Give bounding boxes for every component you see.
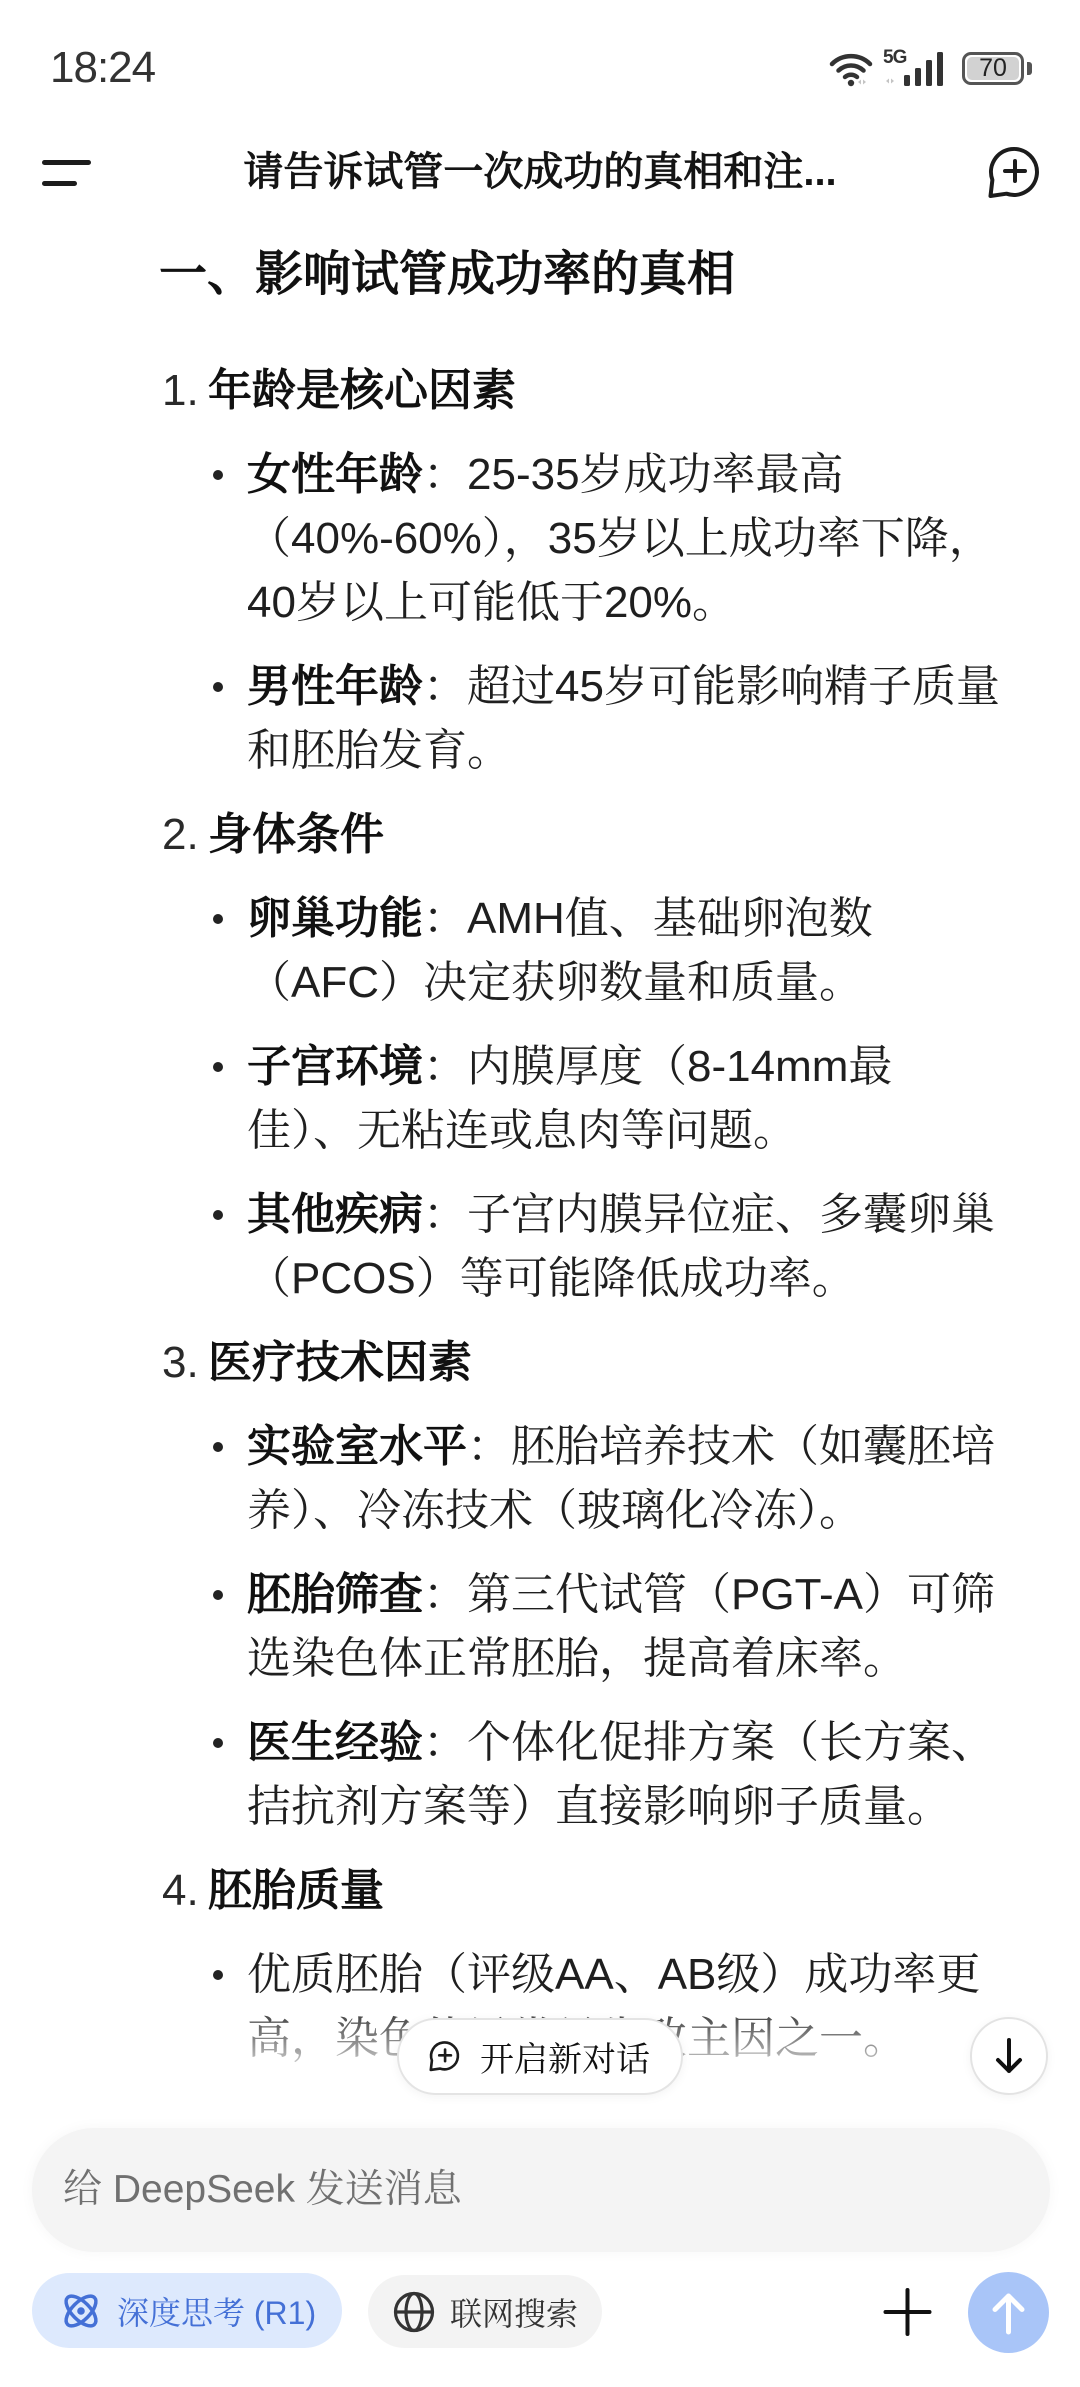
bullet-text: 和胚胎发育。 [247, 719, 1080, 783]
factor-heading: 4. 胚胎质量 [0, 1859, 1080, 1923]
bullet-line: 女性年龄：25-35岁成功率最高 [247, 443, 1080, 507]
label-separator: ： [423, 1570, 467, 1619]
factor-number: 1. [162, 359, 199, 423]
bullet-text: 25-35岁成功率最高 [467, 450, 844, 499]
factor-title: 身体条件 [208, 803, 384, 867]
factor-heading: 1. 年龄是核心因素 [0, 359, 1080, 423]
send-button[interactable] [968, 2272, 1049, 2353]
bullet-item: 女性年龄：25-35岁成功率最高 （40%-60%），35岁以上成功率下降， 4… [0, 443, 1080, 635]
factor-title: 年龄是核心因素 [208, 359, 516, 423]
new-chat-icon [984, 143, 1044, 203]
bullet-text: 佳）、无粘连或息肉等问题。 [247, 1099, 1080, 1163]
factor-title: 胚胎质量 [208, 1859, 384, 1923]
wifi-icon [828, 51, 874, 87]
bullet-text: 40岁以上可能低于20%。 [247, 571, 1080, 635]
web-search-toggle[interactable]: 联网搜索 [368, 2275, 602, 2348]
label-separator: ： [423, 450, 467, 499]
bullet-text: 选染色体正常胚胎，提高着床率。 [247, 1627, 1080, 1691]
arrow-down-icon [972, 2019, 1046, 2093]
factor-number: 3. [162, 1331, 199, 1395]
bullet-item: 子宫环境：内膜厚度（8-14mm最 佳）、无粘连或息肉等问题。 [0, 1035, 1080, 1163]
bullet-line: 实验室水平：胚胎培养技术（如囊胚培 [247, 1415, 1080, 1479]
bullet-text: 子宫内膜异位症、多囊卵巢 [467, 1190, 995, 1239]
bullet-text: AMH值、基础卵泡数 [467, 894, 873, 943]
bullet-item: 卵巢功能：AMH值、基础卵泡数 （AFC）决定获卵数量和质量。 [0, 887, 1080, 1015]
chat-plus-icon [427, 2039, 462, 2074]
bullet-dot-icon [213, 1062, 223, 1072]
deep-think-label: 深度思考 (R1) [117, 2288, 316, 2334]
bullet-line: 卵巢功能：AMH值、基础卵泡数 [247, 887, 1080, 951]
bullet-line: 其他疾病：子宫内膜异位症、多囊卵巢 [247, 1183, 1080, 1247]
assistant-message: 一、影响试管成功率的真相 1. 年龄是核心因素 女性年龄：25-35岁成功率最高… [0, 243, 1080, 2071]
factor-number: 4. [162, 1859, 199, 1923]
atom-icon [60, 2290, 102, 2332]
label-separator: ： [423, 662, 467, 711]
label-separator: ： [423, 1190, 467, 1239]
bullet-item: 医生经验：个体化促排方案（长方案、 拮抗剂方案等）直接影响卵子质量。 [0, 1711, 1080, 1839]
start-new-chat-label: 开启新对话 [480, 2032, 650, 2081]
scroll-to-bottom-button[interactable] [970, 2017, 1048, 2095]
bullet-label: 胚胎筛查 [247, 1570, 423, 1619]
start-new-chat-button[interactable]: 开启新对话 [397, 2018, 683, 2095]
bullet-text: 超过45岁可能影响精子质量 [467, 662, 1000, 711]
message-input[interactable] [32, 2128, 1050, 2252]
bullet-dot-icon [213, 1738, 223, 1748]
bullet-dot-icon [213, 1442, 223, 1452]
bullet-label: 其他疾病 [247, 1190, 423, 1239]
bullet-label: 子宫环境 [247, 1042, 423, 1091]
bullet-label: 男性年龄 [247, 662, 423, 711]
bullet-dot-icon [213, 1210, 223, 1220]
label-separator: ： [423, 1718, 467, 1767]
bullet-text: 拮抗剂方案等）直接影响卵子质量。 [247, 1775, 1080, 1839]
bullet-text: 个体化促排方案（长方案、 [467, 1718, 995, 1767]
bullet-dot-icon [213, 914, 223, 924]
bullet-text: （PCOS）等可能降低成功率。 [247, 1247, 1080, 1311]
bullet-line: 胚胎筛查：第三代试管（PGT-A）可筛 [247, 1563, 1080, 1627]
plus-icon [880, 2285, 935, 2340]
bullet-dot-icon [213, 1590, 223, 1600]
bullet-label: 医生经验 [247, 1718, 423, 1767]
arrow-up-icon [968, 2272, 1049, 2353]
bullet-item: 实验室水平：胚胎培养技术（如囊胚培 养）、冷冻技术（玻璃化冷冻）。 [0, 1415, 1080, 1543]
status-time: 18:24 [50, 42, 155, 94]
attach-button[interactable] [880, 2285, 935, 2340]
bullet-dot-icon [213, 1970, 223, 1980]
bullet-text: 胚胎培养技术（如囊胚培 [511, 1422, 995, 1471]
bullet-line: 男性年龄：超过45岁可能影响精子质量 [247, 655, 1080, 719]
factor-number: 2. [162, 803, 199, 867]
bullet-line: 子宫环境：内膜厚度（8-14mm最 [247, 1035, 1080, 1099]
bullet-dot-icon [213, 682, 223, 692]
bullet-item: 胚胎筛查：第三代试管（PGT-A）可筛 选染色体正常胚胎，提高着床率。 [0, 1563, 1080, 1691]
bullet-item: 男性年龄：超过45岁可能影响精子质量 和胚胎发育。 [0, 655, 1080, 783]
bullet-text: （40%-60%），35岁以上成功率下降， [247, 507, 1080, 571]
menu-icon-line [42, 181, 77, 186]
bullet-line: 医生经验：个体化促排方案（长方案、 [247, 1711, 1080, 1775]
web-search-label: 联网搜索 [450, 2289, 578, 2335]
bullet-dot-icon [213, 470, 223, 480]
bullet-text: （AFC）决定获卵数量和质量。 [247, 951, 1080, 1015]
bullet-text: 优质胚胎（评级AA、AB级）成功率更 [247, 1943, 1080, 2007]
bullet-label: 女性年龄 [247, 450, 423, 499]
battery-level: 70 [967, 57, 1019, 80]
bullet-text: 第三代试管（PGT-A）可筛 [467, 1570, 995, 1619]
bullet-text: 内膜厚度（8-14mm最 [467, 1042, 892, 1091]
label-separator: ： [423, 894, 467, 943]
factor-title: 医疗技术因素 [208, 1331, 472, 1395]
bullet-item: 其他疾病：子宫内膜异位症、多囊卵巢 （PCOS）等可能降低成功率。 [0, 1183, 1080, 1311]
label-separator: ： [467, 1422, 511, 1471]
factor-heading: 2. 身体条件 [0, 803, 1080, 867]
menu-icon [42, 160, 91, 165]
new-chat-button[interactable] [984, 143, 1044, 203]
globe-icon [393, 2291, 435, 2333]
battery-tip [1027, 62, 1032, 75]
label-separator: ： [423, 1042, 467, 1091]
battery-icon: 70 [962, 52, 1024, 85]
section-heading: 一、影响试管成功率的真相 [0, 243, 1080, 307]
conversation-title: 请告诉试管一次成功的真相和注... [120, 146, 960, 198]
cellular-signal-icon [886, 52, 946, 86]
menu-button[interactable] [36, 150, 98, 196]
factor-heading: 3. 医疗技术因素 [0, 1331, 1080, 1395]
bullet-label: 卵巢功能 [247, 894, 423, 943]
bullet-text: 养）、冷冻技术（玻璃化冷冻）。 [247, 1479, 1080, 1543]
bullet-label: 实验室水平 [247, 1422, 467, 1471]
deep-think-toggle[interactable]: 深度思考 (R1) [32, 2273, 342, 2348]
